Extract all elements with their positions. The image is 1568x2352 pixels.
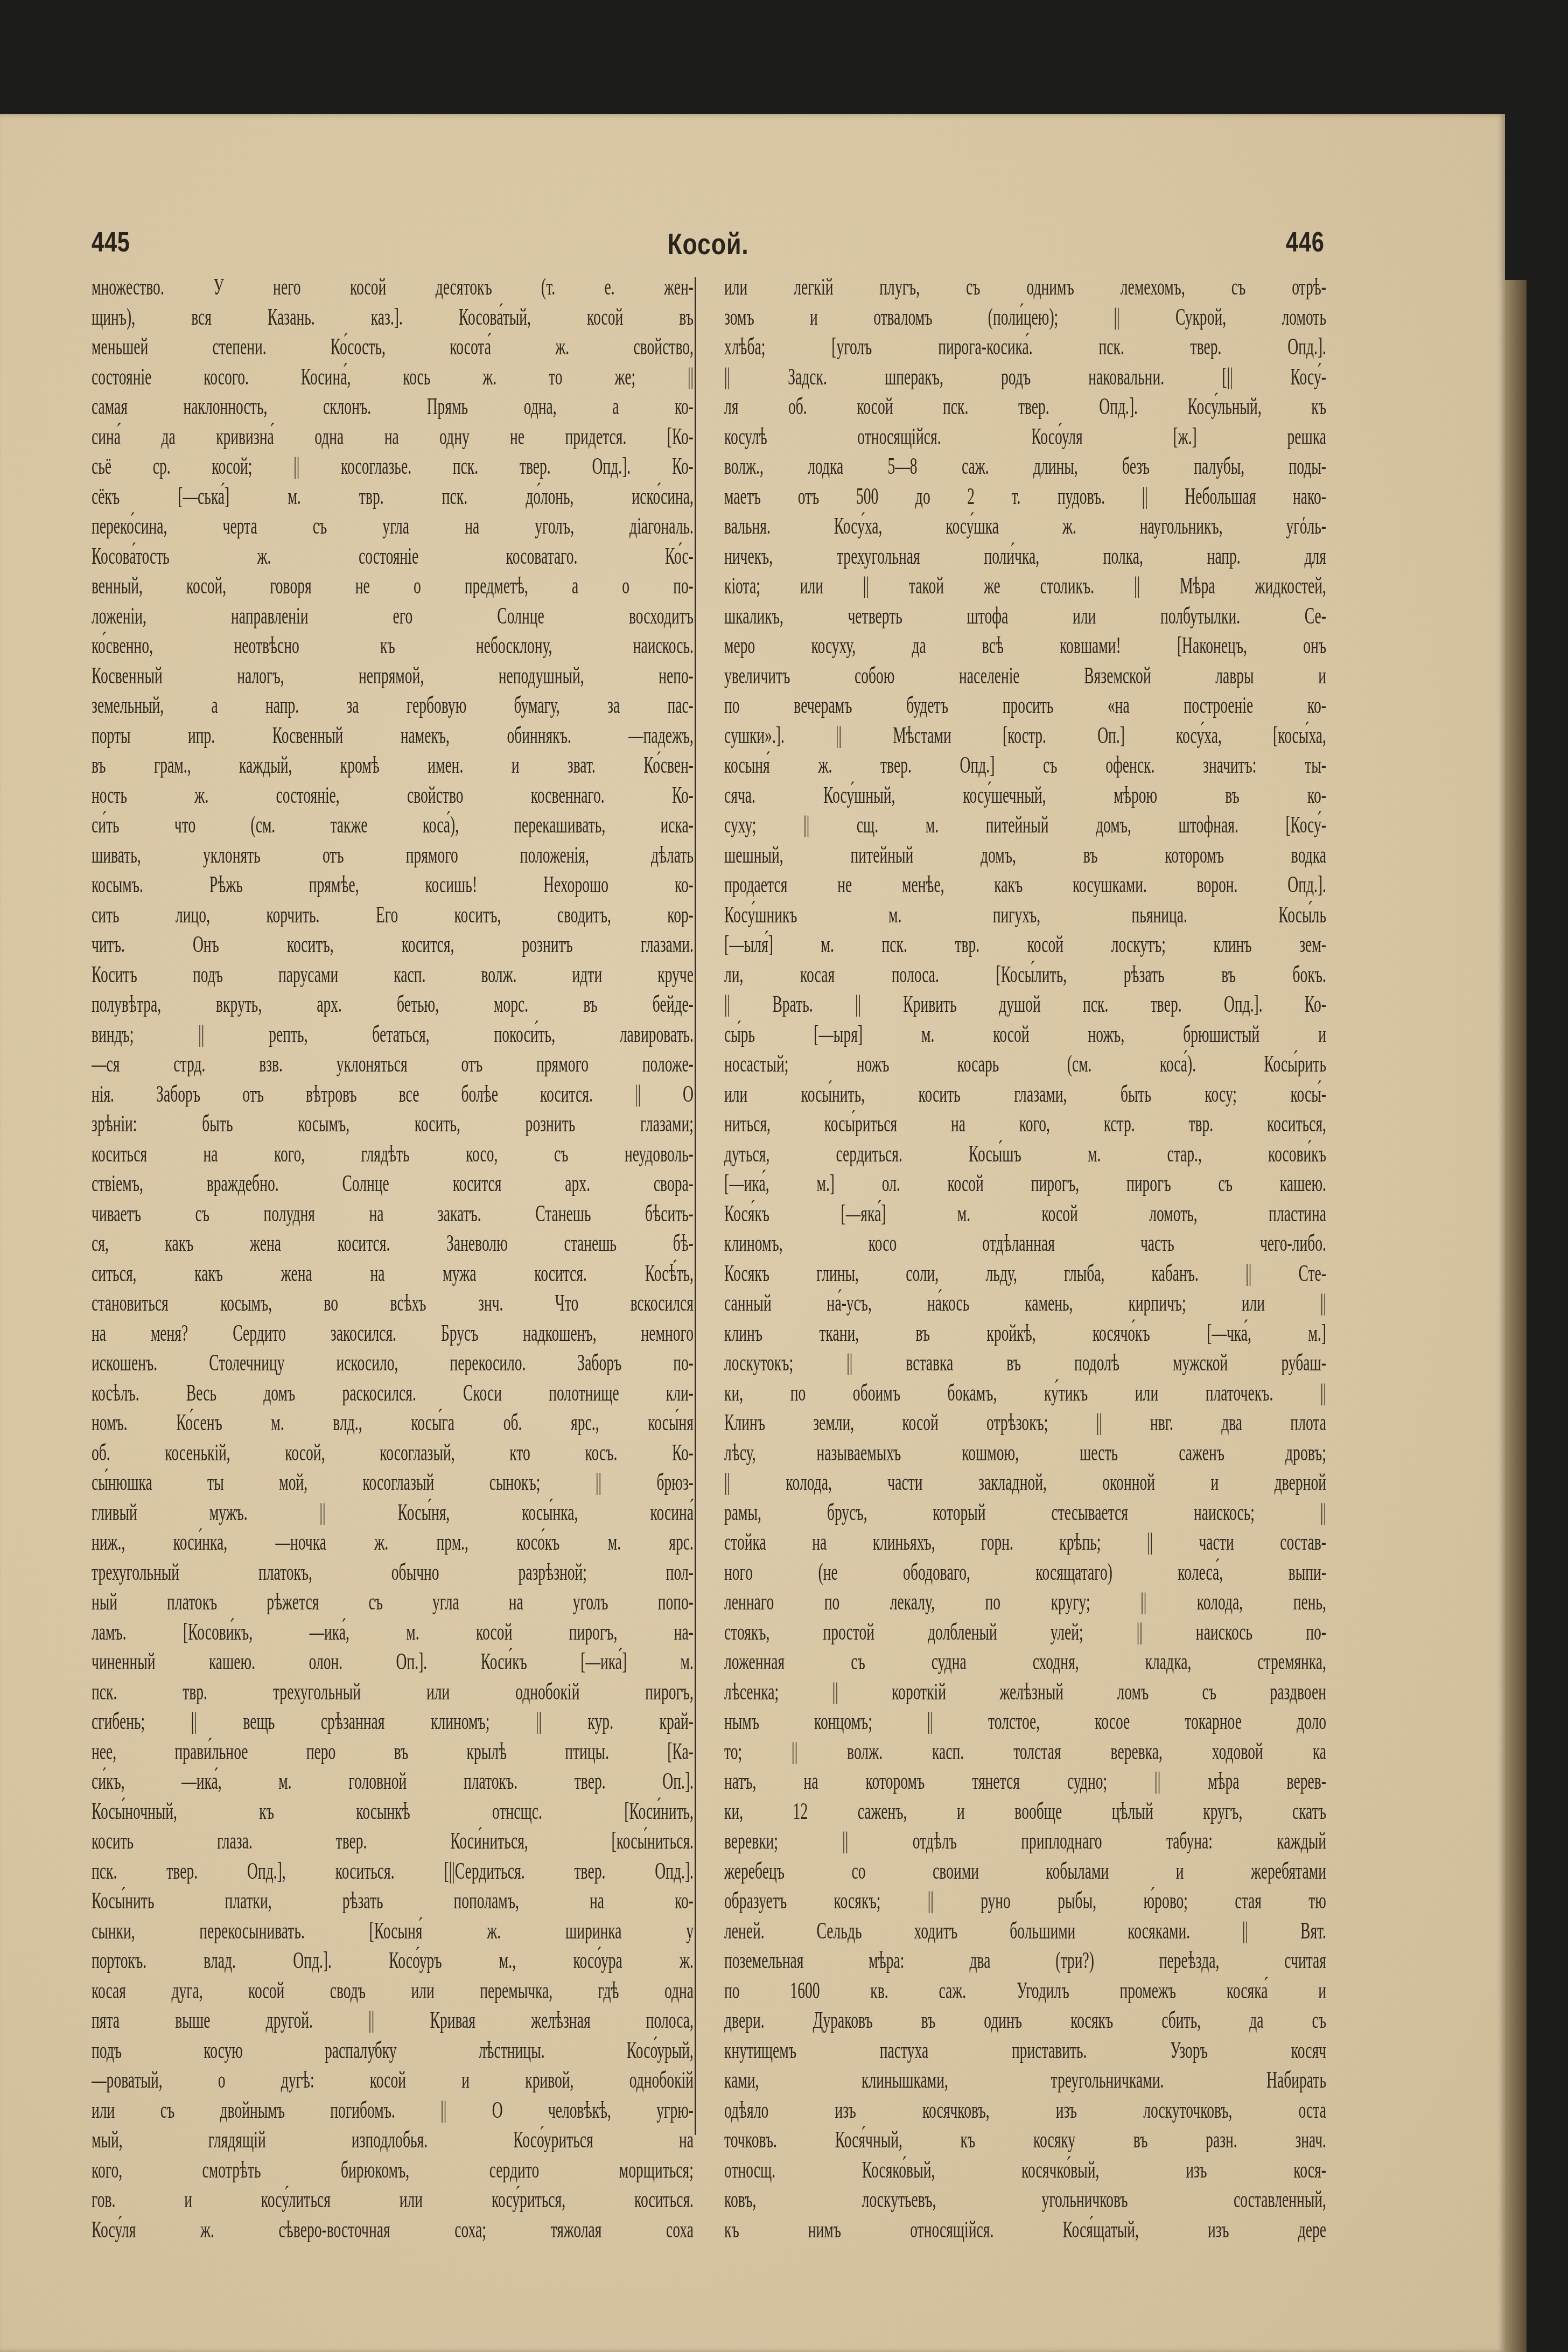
text-line: трехугольный платокъ, обычно разрѣзной; … (92, 1557, 694, 1587)
text-line: становиться косымъ, во всѣхъ знч. Что вс… (92, 1288, 694, 1318)
text-line: санный на́-усъ, на́кось камень, кирпичъ;… (724, 1288, 1326, 1318)
text-line: косѣлъ. Весь домъ раскосился. Скоси поло… (92, 1378, 694, 1408)
text-line: волж., лодка 5—8 саж. длины, безъ палубы… (724, 451, 1326, 481)
text-line: клинъ ткани, въ кройкѣ, косячо́къ [—чка́… (724, 1318, 1326, 1348)
text-line: сгибень; || вещь срѣзанная клиномъ; || к… (92, 1706, 694, 1737)
text-line: —ся стрд. взв. уклоняться отъ прямого по… (92, 1049, 694, 1079)
text-line: дуться, сердиться. Косы́шъ м. стар., кос… (724, 1139, 1326, 1169)
text-line: || Врать. || Кривить душой пск. твер. Оп… (724, 989, 1326, 1019)
text-line: шкаликъ, четверть штофа или полбутылки. … (724, 601, 1326, 631)
text-line: кіота; или || такой же столикъ. || Мѣра … (724, 571, 1326, 601)
left-column: множество. У него косой десятокъ (т. е. … (92, 272, 695, 2244)
book-page-edges (1505, 280, 1527, 2352)
text-line: ность ж. состояніе, свойство косвеннаго.… (92, 780, 694, 810)
text-line: сушки».]. || Мѣстами [костр. Оп.] косу́х… (724, 720, 1326, 751)
text-line: маетъ отъ 500 до 2 т. пудовъ. || Небольш… (724, 481, 1326, 512)
text-line: двери. Дураковъ въ одинъ косякъ сбить, д… (724, 2005, 1326, 2035)
text-line: или легкій плугъ, съ однимъ лемехомъ, съ… (724, 272, 1326, 302)
text-line: сы́нюшка ты мой, косоглазый сынокъ; || б… (92, 1467, 694, 1497)
text-line: стойка на клиньяхъ, горн. крѣпь; || част… (724, 1527, 1326, 1557)
text-line: Клинъ земли, косой отрѣзокъ; || нвг. два… (724, 1408, 1326, 1438)
text-line: [—ыля́] м. пск. твр. косой лоскутъ; клин… (724, 929, 1326, 960)
text-line: увеличитъ собою населеніе Вяземской лавр… (724, 661, 1326, 691)
text-line: косулѣ относящійся. Косо́уля [ж.] решка (724, 422, 1326, 452)
text-line: точковъ. Кося́чный, къ косяку въ разн. з… (724, 2125, 1326, 2155)
text-line: кнутищемъ пастуха приставить. Узоръ кося… (724, 2035, 1326, 2066)
text-line: Косвенный налогъ, непрямой, неподушный, … (92, 661, 694, 691)
text-line: читъ. Онъ коситъ, косится, рознитъ глаза… (92, 929, 694, 960)
text-line: меньшей степени. Ко́сость, косота́ ж. св… (92, 332, 694, 362)
text-line: лоскутокъ; || вставка въ подолѣ мужской … (724, 1348, 1326, 1378)
text-line: косить глаза. твер. Коси́ниться, [косы́н… (92, 1826, 694, 1856)
text-line: рамы, брусъ, который стесывается наискос… (724, 1497, 1326, 1528)
text-line: косая дуга, косой сводъ или перемычка, г… (92, 1976, 694, 2006)
text-line: ного (не ободоваго, косящатаго) колеса́,… (724, 1557, 1326, 1587)
text-line: переко́сина, черта съ угла на уголъ, діа… (92, 511, 694, 541)
text-line: коситься на кого, глядѣть косо, съ неудо… (92, 1139, 694, 1169)
text-line: или съ двойнымъ погибомъ. || О человѣкѣ,… (92, 2095, 694, 2125)
right-column: или легкій плугъ, съ однимъ лемехомъ, съ… (724, 272, 1327, 2244)
text-line: гливый мужъ. || Косы́ня, косы́нка, косин… (92, 1497, 694, 1528)
text-line: лѣсенка; || короткій желѣзный ломъ съ ра… (724, 1677, 1326, 1707)
text-line: стоякъ, простой долбленый улей; || наиск… (724, 1617, 1326, 1647)
text-line: суху; || сщ. м. питейный домъ, штофная. … (724, 810, 1326, 840)
text-line: ниж., коси́нка, —ночка ж. прм., косо́къ … (92, 1527, 694, 1557)
text-line: ламъ. [Косови́къ, —ика́, м. косой пирогъ… (92, 1617, 694, 1647)
text-line: чиненный кашею. олон. Оп.]. Коси́къ [—ик… (92, 1647, 694, 1677)
text-line: носастый; ножъ косарь (см. коса́). Косы́… (724, 1049, 1326, 1079)
text-line: пск. твр. трехугольный или однобокій пир… (92, 1677, 694, 1707)
text-line: об. косенькій, косой, косоглазый, кто ко… (92, 1438, 694, 1468)
page-number-left: 445 (92, 226, 130, 258)
text-line: пята выше другой. || Кривая желѣзная пол… (92, 2005, 694, 2035)
text-line: къ нимъ относящійся. Кося́щатый, изъ дер… (724, 2215, 1326, 2245)
text-line: ный платокъ рѣжется съ угла на уголъ поп… (92, 1587, 694, 1617)
text-line: хлѣба; [уголъ пирога-косика́. пск. твер.… (724, 332, 1326, 362)
text-line: || колода, части закладной, оконной и дв… (724, 1467, 1326, 1497)
text-line: гов. и косу́литься или косу́риться, коси… (92, 2185, 694, 2215)
text-line: мый, глядящій изподлобья. Косо́уриться н… (92, 2125, 694, 2155)
text-line: шивать, уклонять отъ прямого положенія, … (92, 840, 694, 870)
text-line: относщ. Косяко́вый, косячко́вый, изъ кос… (724, 2155, 1326, 2185)
text-line: то; || волж. касп. толстая веревка, ходо… (724, 1737, 1326, 1767)
text-line: земельный, а напр. за гербовую бумагу, з… (92, 690, 694, 720)
text-line: номъ. Ко́сенъ м. влд., косы́га об. ярс.,… (92, 1408, 694, 1438)
text-line: ки, по обоимъ бокамъ, ку́тикъ или платоч… (724, 1378, 1326, 1408)
text-line: ствіемъ, враждебно. Солнце косится арх. … (92, 1168, 694, 1199)
text-line: въ грам., каждый, кромѣ имен. и зват. Ко… (92, 750, 694, 780)
text-line: —роватый, о дугѣ: косой и кривой, однобо… (92, 2065, 694, 2095)
text-line: || Задск. шперакъ, родъ наковальни. [|| … (724, 362, 1326, 392)
text-line: ля об. косой пск. твер. Опд.]. Косу́льны… (724, 391, 1326, 422)
text-line: Косы́ночный, къ косынкѣ отнсщс. [Коси́ни… (92, 1796, 694, 1826)
text-line: одѣяло изъ косячковъ, изъ лоскуточковъ, … (724, 2095, 1326, 2125)
text-line: сёкъ [—ська́] м. твр. пск. до́лонь, иско… (92, 481, 694, 512)
text-line: ситься, какъ жена на мужа косится. Косѣ́… (92, 1258, 694, 1289)
text-line: жеребецъ со своими кобылами и жеребятами (724, 1856, 1326, 1886)
text-line: зомъ и отваломъ (поли́цею); || Сукрой, л… (724, 302, 1326, 332)
text-line: Косу́ля ж. сѣверо-восточная соха; тяжола… (92, 2215, 694, 2245)
text-line: шешный, питейный домъ, въ которомъ водка (724, 840, 1326, 870)
text-line: продается не менѣе, какъ косушками. воро… (724, 870, 1326, 900)
text-line: нее, прави́льное перо въ крылѣ птицы. [К… (92, 1737, 694, 1767)
text-line: Косы́нить платки, рѣзать пополамъ, на ко… (92, 1886, 694, 1916)
text-line: си́ть что (см. также коса́), перекашиват… (92, 810, 694, 840)
text-line: венный, косой, говоря не о предметѣ, а о… (92, 571, 694, 601)
text-line: полувѣтра, вкруть, арх. бетью, морс. въ … (92, 989, 694, 1019)
text-line: клиномъ, косо отдѣланная часть чего-либо… (724, 1228, 1326, 1258)
text-line: пск. твер. Опд.], коситься. [||Сердиться… (92, 1856, 694, 1886)
text-line: косыня́ ж. твер. Опд.] съ офенск. значит… (724, 750, 1326, 780)
text-line: сина́ да кривизна́ одна на одну не приде… (92, 422, 694, 452)
running-head: 445 Косой. 446 (92, 226, 1325, 269)
text-line: ками, клинышками, треугольничками. Набир… (724, 2065, 1326, 2095)
text-line: сить лицо, корчить. Его коситъ, сводитъ,… (92, 900, 694, 930)
text-line: натъ, на которомъ тянется судно; || мѣра… (724, 1766, 1326, 1796)
text-line: ложенная съ судна сходня, кладка, стремя… (724, 1647, 1326, 1677)
text-line: нымъ концомъ; || толстое, косое токарное… (724, 1706, 1326, 1737)
text-line: леннаго по лекалу, по кругу; || колода, … (724, 1587, 1326, 1617)
text-line: ложеніи, направленіи его Солнце восходит… (92, 601, 694, 631)
text-line: лѣсу, называемыхъ кошмою, шесть саженъ д… (724, 1438, 1326, 1468)
text-line: сынки, перекосынивать. [Косыня́ ж. ширин… (92, 1916, 694, 1946)
text-line: множество. У него косой десятокъ (т. е. … (92, 272, 694, 302)
text-line: по вечерамъ будетъ просить «на построені… (724, 690, 1326, 720)
text-line: состояніе косого. Косина́, кось ж. то же… (92, 362, 694, 392)
text-line: образуетъ косякъ; || руно рыбы, ю́рово; … (724, 1886, 1326, 1916)
text-line: сы́рь [—ыря] м. косой ножъ, брюшистый и (724, 1019, 1326, 1049)
text-line: или косы́нить, косить глазами, быть косу… (724, 1079, 1326, 1109)
text-line: ковъ, лоскутьевъ, угольничковъ составлен… (724, 2185, 1326, 2215)
text-line: Коситъ подъ парусами касп. волж. идти кр… (92, 960, 694, 990)
headword-title: Косой. (215, 226, 1201, 261)
text-line: искошенъ. Столечницу искосило, перекосил… (92, 1348, 694, 1378)
text-line: поземельная мѣра: два (три?) переѣзда, с… (724, 1945, 1326, 1976)
text-line: веревки; || отдѣлъ приплоднаго табуна: к… (724, 1826, 1326, 1856)
text-line: нія. Заборъ отъ вѣтровъ все болѣе коситс… (92, 1079, 694, 1109)
text-line: кого, смотрѣть бирюкомъ, сердито морщить… (92, 2155, 694, 2185)
text-line: на меня? Сердито закосился. Брусъ надкош… (92, 1318, 694, 1348)
text-line: ниться, косы́риться на кого, кстр. твр. … (724, 1109, 1326, 1139)
text-line: щинъ), вся Казань. каз.]. Косова́тый, ко… (92, 302, 694, 332)
text-line: зрѣніи: быть косымъ, косить, рознить гла… (92, 1109, 694, 1139)
text-line: [—ика́, м.] ол. косой пирогъ, пирогъ съ … (724, 1168, 1326, 1199)
text-line: косымъ. Рѣжь прямѣе, косишь! Нехорошо ко… (92, 870, 694, 900)
text-line: вальня. Косу́ха, косу́шка ж. наугольникъ… (724, 511, 1326, 541)
text-line: ничекъ, трехугольная поли́чка, полка, на… (724, 541, 1326, 571)
text-line: портокъ. влад. Опд.]. Косо́уръ м., косо́… (92, 1945, 694, 1976)
text-line: Кося́къ [—яка́] м. косой ломоть, пластин… (724, 1199, 1326, 1229)
text-line: меро косуху, да всѣ ковшами! [Наконецъ, … (724, 631, 1326, 661)
text-line: сьё ср. косой; || косоглазье. пск. твер.… (92, 451, 694, 481)
text-line: Косу́шникъ м. пигухъ, пьяница. Косы́ль (724, 900, 1326, 930)
text-line: подъ косую распалубку лѣстницы. Косо́уры… (92, 2035, 694, 2066)
text-line: Косякъ глины, соли, льду, глыба, кабанъ.… (724, 1258, 1326, 1289)
text-line: Косова́тость ж. состояніе косоватаго. Ко… (92, 541, 694, 571)
text-line: сяча. Косу́шный, косу́шечный, мѣрою въ к… (724, 780, 1326, 810)
text-line: ся, какъ жена косится. Заневолю станешь … (92, 1228, 694, 1258)
text-line: виндъ; || репть, бетаться, покоси́ть, ла… (92, 1019, 694, 1049)
page-number-right: 446 (1286, 226, 1325, 258)
text-line: самая наклонность, склонъ. Прямь одна, а… (92, 391, 694, 422)
text-line: порты ипр. Косвенный намекъ, обиннякъ. —… (92, 720, 694, 751)
column-divider (695, 277, 696, 2135)
text-line: чиваетъ съ полудня на закатъ. Станешь бѣ… (92, 1199, 694, 1229)
text-line: ки, 12 саженъ, и вообще цѣлый кругъ, ска… (724, 1796, 1326, 1826)
text-line: по 1600 кв. саж. Угодилъ промежъ косяка́… (724, 1976, 1326, 2006)
text-line: леней. Сельдь ходитъ большими косяками. … (724, 1916, 1326, 1946)
text-line: ко́свенно, неотвѣсно къ небосклону, наис… (92, 631, 694, 661)
text-line: си́къ, —ика́, м. головной платокъ. твер.… (92, 1766, 694, 1796)
text-line: ли, косая полоса. [Косы́лить, рѣзать въ … (724, 960, 1326, 990)
